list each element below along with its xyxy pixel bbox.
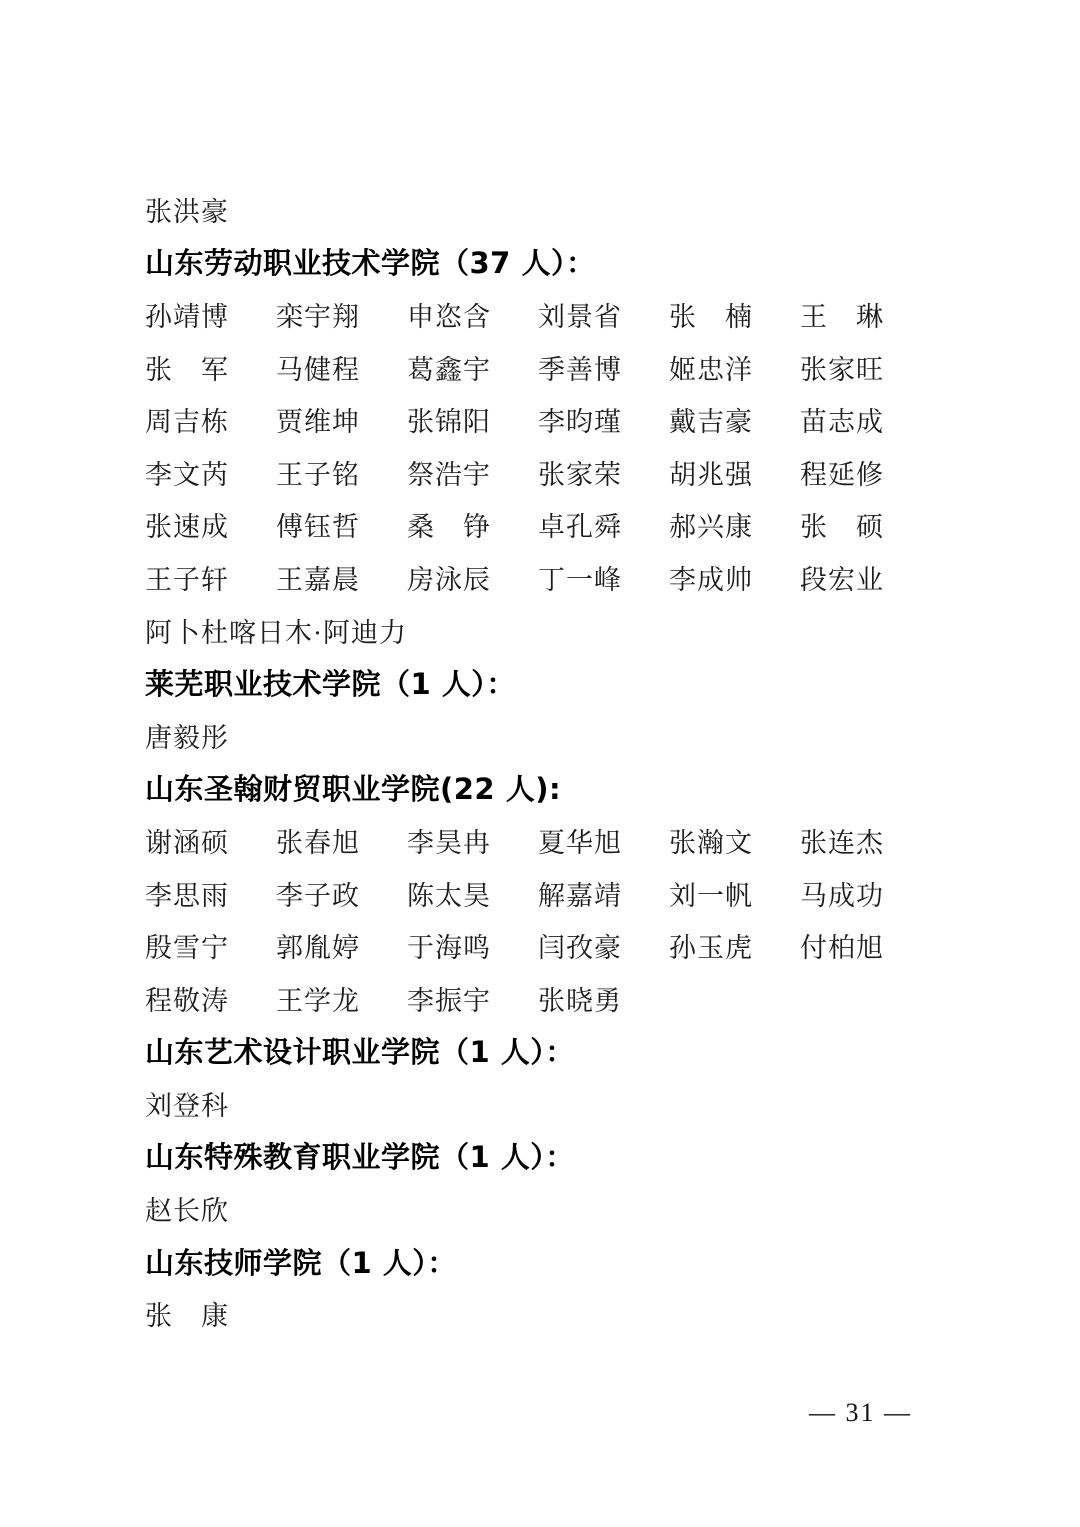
name-cell: 孙玉虎 bbox=[669, 926, 800, 965]
name-cell: 周吉栋 bbox=[145, 400, 276, 439]
heading-line: 山东圣翰财贸职业学院(22 人): bbox=[145, 762, 935, 815]
name-row: 周吉栋贾维坤张锦阳李昀瑾戴吉豪苗志成 bbox=[145, 393, 935, 446]
name-cell: 张瀚文 bbox=[669, 821, 800, 860]
name-cell: 李昊冉 bbox=[407, 821, 538, 860]
heading-line: 山东技师学院（1 人）： bbox=[145, 1235, 935, 1288]
name-cell: 张家荣 bbox=[538, 453, 669, 492]
page-number: — 31 — bbox=[809, 1398, 912, 1428]
name-cell: 王子铭 bbox=[276, 453, 407, 492]
name-cell: 谢涵硕 bbox=[145, 821, 276, 860]
section-heading: 莱芜职业技术学院（1 人）： bbox=[145, 662, 516, 703]
name-cell: 王学龙 bbox=[276, 979, 407, 1018]
name-row: 张速成傅钰哲桑 铮卓孔舜郝兴康张 硕 bbox=[145, 499, 935, 552]
name-cell: 解嘉靖 bbox=[538, 874, 669, 913]
document-page: 张洪豪山东劳动职业技术学院（37 人）：孙靖博栾宇翔申恣含刘景省张 楠王 琳张 … bbox=[0, 0, 1080, 1527]
name-cell: 李成帅 bbox=[669, 558, 800, 597]
name-cell: 桑 铮 bbox=[407, 505, 538, 544]
name-cell: 李文芮 bbox=[145, 453, 276, 492]
name-row: 张 军马健程葛鑫宇季善博姬忠洋张家旺 bbox=[145, 341, 935, 394]
name-line: 刘登科 bbox=[145, 1077, 935, 1130]
name-text: 张洪豪 bbox=[145, 190, 229, 229]
section-heading: 山东特殊教育职业学院（1 人）： bbox=[145, 1135, 575, 1176]
name-cell: 张 楠 bbox=[669, 295, 800, 334]
section-heading: 山东劳动职业技术学院（37 人）： bbox=[145, 241, 595, 282]
name-cell: 夏华旭 bbox=[538, 821, 669, 860]
name-cell: 张速成 bbox=[145, 505, 276, 544]
name-cell: 刘景省 bbox=[538, 295, 669, 334]
name-line: 张洪豪 bbox=[145, 183, 935, 236]
name-cell: 郝兴康 bbox=[669, 505, 800, 544]
name-text: 刘登科 bbox=[145, 1084, 229, 1123]
name-cell: 于海鸣 bbox=[407, 926, 538, 965]
name-row: 王子轩王嘉晨房泳辰丁一峰李成帅段宏业 bbox=[145, 551, 935, 604]
name-cell: 陈太昊 bbox=[407, 874, 538, 913]
name-line: 阿卜杜喀日木·阿迪力 bbox=[145, 604, 935, 657]
section-heading: 山东艺术设计职业学院（1 人）： bbox=[145, 1030, 575, 1071]
name-cell: 祭浩宇 bbox=[407, 453, 538, 492]
name-cell: 房泳辰 bbox=[407, 558, 538, 597]
name-row: 殷雪宁郭胤婷于海鸣闫孜豪孙玉虎付柏旭 bbox=[145, 919, 935, 972]
name-row: 谢涵硕张春旭李昊冉夏华旭张瀚文张连杰 bbox=[145, 814, 935, 867]
name-text: 阿卜杜喀日木·阿迪力 bbox=[145, 611, 407, 650]
name-cell: 胡兆强 bbox=[669, 453, 800, 492]
name-cell: 张晓勇 bbox=[538, 979, 669, 1018]
name-cell: 闫孜豪 bbox=[538, 926, 669, 965]
name-cell: 姬忠洋 bbox=[669, 348, 800, 387]
name-row: 孙靖博栾宇翔申恣含刘景省张 楠王 琳 bbox=[145, 288, 935, 341]
name-cell: 李昀瑾 bbox=[538, 400, 669, 439]
name-line: 唐毅彤 bbox=[145, 709, 935, 762]
name-cell: 程敬涛 bbox=[145, 979, 276, 1018]
heading-line: 山东劳动职业技术学院（37 人）： bbox=[145, 236, 935, 289]
name-cell: 张连杰 bbox=[800, 821, 931, 860]
name-cell: 张锦阳 bbox=[407, 400, 538, 439]
name-line: 赵长欣 bbox=[145, 1182, 935, 1235]
name-cell: 贾维坤 bbox=[276, 400, 407, 439]
name-cell: 郭胤婷 bbox=[276, 926, 407, 965]
name-cell: 李子政 bbox=[276, 874, 407, 913]
document-body: 张洪豪山东劳动职业技术学院（37 人）：孙靖博栾宇翔申恣含刘景省张 楠王 琳张 … bbox=[145, 183, 935, 1340]
name-cell: 卓孔舜 bbox=[538, 505, 669, 544]
name-cell: 季善博 bbox=[538, 348, 669, 387]
section-heading: 山东技师学院（1 人）： bbox=[145, 1241, 457, 1282]
name-cell: 李思雨 bbox=[145, 874, 276, 913]
name-cell: 殷雪宁 bbox=[145, 926, 276, 965]
name-text: 赵长欣 bbox=[145, 1189, 229, 1228]
name-row: 李思雨李子政陈太昊解嘉靖刘一帆马成功 bbox=[145, 867, 935, 920]
name-cell: 王 琳 bbox=[800, 295, 931, 334]
name-line: 张 康 bbox=[145, 1287, 935, 1340]
name-cell: 程延修 bbox=[800, 453, 931, 492]
name-cell: 马成功 bbox=[800, 874, 931, 913]
name-cell: 苗志成 bbox=[800, 400, 931, 439]
name-cell: 段宏业 bbox=[800, 558, 931, 597]
name-text: 唐毅彤 bbox=[145, 716, 229, 755]
name-cell: 张春旭 bbox=[276, 821, 407, 860]
name-cell: 张 军 bbox=[145, 348, 276, 387]
name-cell: 申恣含 bbox=[407, 295, 538, 334]
section-heading: 山东圣翰财贸职业学院(22 人): bbox=[145, 767, 561, 808]
heading-line: 山东艺术设计职业学院（1 人）： bbox=[145, 1025, 935, 1078]
name-cell: 丁一峰 bbox=[538, 558, 669, 597]
name-cell: 刘一帆 bbox=[669, 874, 800, 913]
heading-line: 莱芜职业技术学院（1 人）： bbox=[145, 656, 935, 709]
name-cell: 李振宇 bbox=[407, 979, 538, 1018]
name-text: 张 康 bbox=[145, 1294, 229, 1333]
name-row: 程敬涛王学龙李振宇张晓勇 bbox=[145, 972, 935, 1025]
name-cell: 付柏旭 bbox=[800, 926, 931, 965]
name-cell: 王子轩 bbox=[145, 558, 276, 597]
name-cell: 孙靖博 bbox=[145, 295, 276, 334]
name-cell: 张家旺 bbox=[800, 348, 931, 387]
name-cell: 王嘉晨 bbox=[276, 558, 407, 597]
heading-line: 山东特殊教育职业学院（1 人）： bbox=[145, 1130, 935, 1183]
name-cell: 栾宇翔 bbox=[276, 295, 407, 334]
name-cell: 傅钰哲 bbox=[276, 505, 407, 544]
name-cell: 马健程 bbox=[276, 348, 407, 387]
name-cell: 张 硕 bbox=[800, 505, 931, 544]
name-cell: 戴吉豪 bbox=[669, 400, 800, 439]
name-cell: 葛鑫宇 bbox=[407, 348, 538, 387]
name-row: 李文芮王子铭祭浩宇张家荣胡兆强程延修 bbox=[145, 446, 935, 499]
